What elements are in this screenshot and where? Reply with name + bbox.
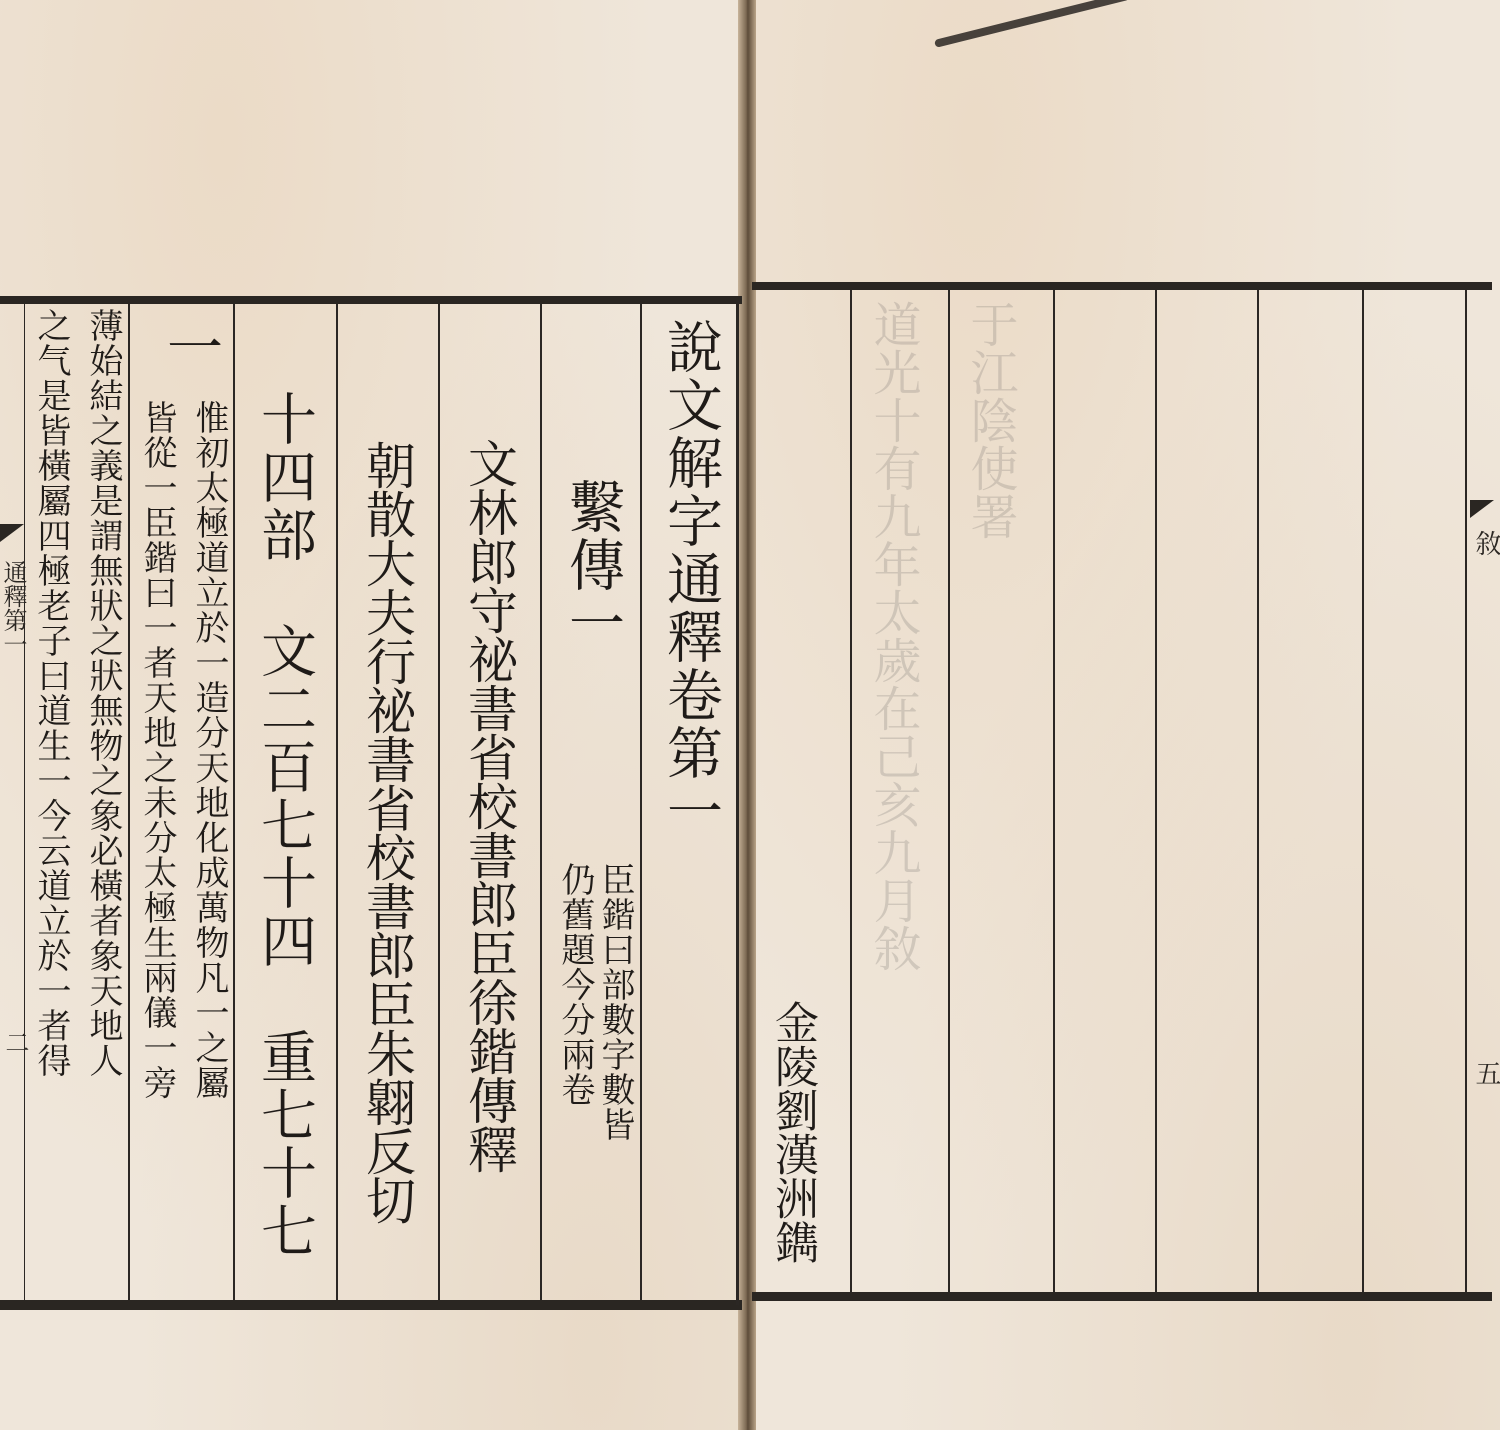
column-rule (640, 304, 642, 1300)
column-rule (948, 290, 950, 1292)
column-rule (1465, 290, 1467, 1292)
author-column-xu-kai: 文林郎守祕書省校書郎臣徐鍇傳釋 (462, 438, 516, 1173)
margin-label-left: 通釋第一 (0, 560, 26, 656)
commentary-column-1: 惟初太極道立於一造分天地化成萬物凡一之屬 (190, 400, 228, 1100)
folio-number-left: 二 (2, 1030, 28, 1054)
book-title-column: 說文解字通釋卷第一 (660, 318, 720, 840)
left-frame-right (736, 300, 739, 1305)
column-rule (24, 304, 25, 1300)
subtitle-note-left: 仍舊題今分兩卷 (556, 862, 594, 1107)
author-column-zhu-ao: 朝散大夫行祕書省校書郎臣朱翺反切 (360, 440, 414, 1224)
column-rule (1155, 290, 1157, 1292)
commentary-column-3: 薄始結之義是謂無狀之狀無物之象必橫者象天地人 (84, 308, 122, 1078)
column-rule (438, 304, 440, 1300)
fishtail-mark-right (1470, 500, 1494, 518)
fishtail-mark-left (0, 524, 24, 542)
left-frame-top (0, 296, 742, 304)
column-rule (850, 290, 852, 1292)
right-frame-top (752, 282, 1492, 290)
column-rule (128, 304, 130, 1300)
left-frame-bottom (0, 1300, 742, 1310)
bleedthrough-column-place: 于江陰使署 (965, 300, 1015, 540)
column-rule (336, 304, 338, 1300)
radical-count-column: 十四部 文二百七十四 重七十七 (254, 390, 314, 1260)
right-frame-bottom (752, 1292, 1492, 1301)
subtitle-main: 繫傳一 (562, 478, 622, 652)
column-rule (1257, 290, 1259, 1292)
book-gutter (738, 0, 756, 1430)
commentary-column-2: 皆從一臣鍇曰一者天地之未分太極生兩儀一旁 (138, 400, 176, 1100)
carver-colophon: 金陵劉漢洲鐫 (768, 1000, 816, 1264)
subtitle-note-right: 臣鍇曰部數字數皆 (596, 862, 634, 1142)
folio-number-right: 五 (1472, 1060, 1500, 1086)
bleedthrough-column-date: 道光十有九年太歲在己亥九月敘 (868, 300, 918, 972)
column-rule (540, 304, 542, 1300)
column-rule (1362, 290, 1364, 1292)
column-rule (233, 304, 235, 1300)
margin-label-right: 敘 (1472, 530, 1500, 556)
commentary-column-4: 之气是皆橫屬四極老子曰道生一今云道立於一者得 (32, 308, 70, 1078)
entry-head-character: 一 (160, 318, 220, 376)
column-rule (1053, 290, 1055, 1292)
